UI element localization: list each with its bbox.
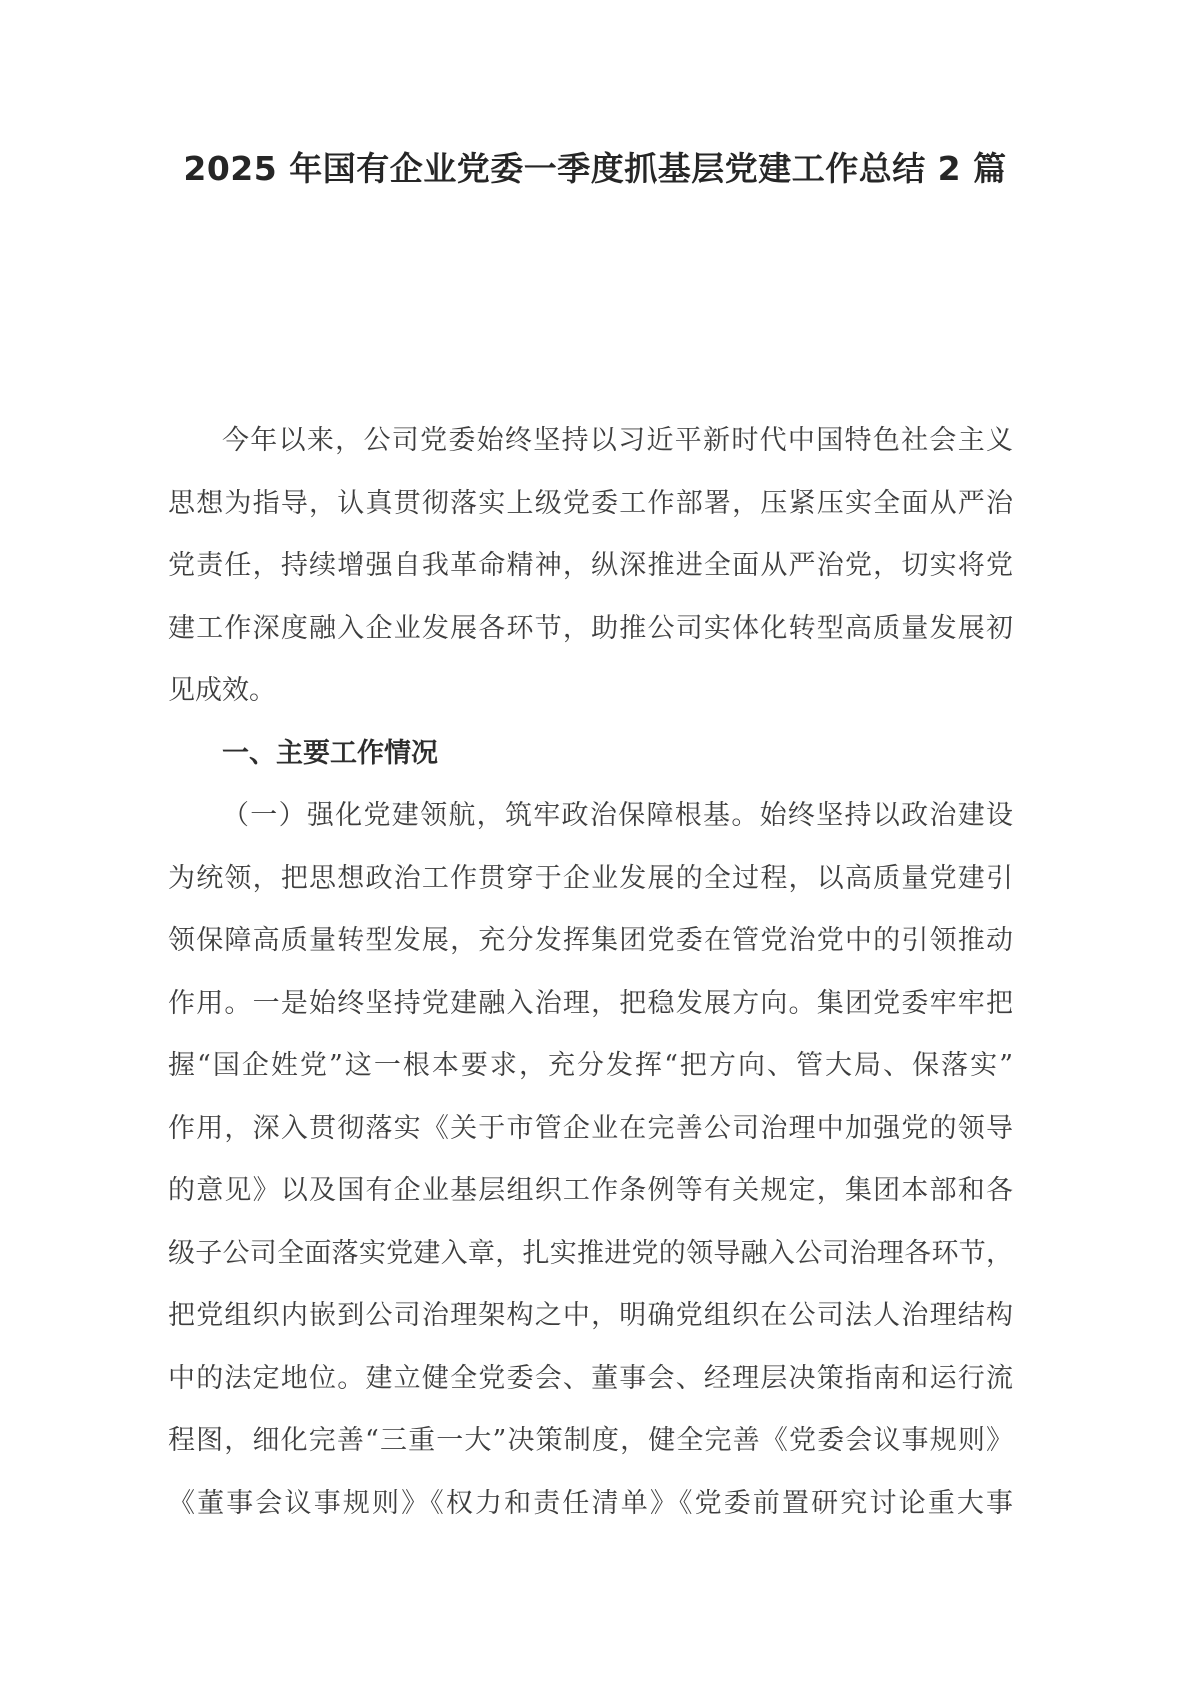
paragraph-line: 握“国企姓党”这一根本要求，充分发挥“把方向、管大局、保落实”: [168, 1035, 1013, 1098]
paragraph-line: 级子公司全面落实党建入章，扎实推进党的领导融入公司治理各环节，: [168, 1223, 1013, 1286]
paragraph-line: 作用。一是始终坚持党建融入治理，把稳发展方向。集团党委牢牢把: [168, 973, 1013, 1036]
document-body: 今年以来，公司党委始终坚持以习近平新时代中国特色社会主义 思想为指导，认真贯彻落…: [168, 410, 1013, 1535]
paragraph-line: 作用，深入贯彻落实《关于市管企业在完善公司治理中加强党的领导: [168, 1098, 1013, 1161]
document-title: 2025 年国有企业党委一季度抓基层党建工作总结 2 篇: [0, 146, 1190, 192]
paragraph-line: 把党组织内嵌到公司治理架构之中，明确党组织在公司法人治理结构: [168, 1285, 1013, 1348]
paragraph-line: 为统领，把思想政治工作贯穿于企业发展的全过程，以高质量党建引: [168, 848, 1013, 911]
paragraph-line: 思想为指导，认真贯彻落实上级党委工作部署，压紧压实全面从严治: [168, 473, 1013, 536]
paragraph-line: 的意见》以及国有企业基层组织工作条例等有关规定，集团本部和各: [168, 1160, 1013, 1223]
paragraph-line: （一）强化党建领航，筑牢政治保障根基。始终坚持以政治建设: [168, 785, 1013, 848]
section-heading: 一、主要工作情况: [168, 723, 1013, 786]
paragraph-line: 党责任，持续增强自我革命精神，纵深推进全面从严治党，切实将党: [168, 535, 1013, 598]
paragraph-line: 见成效。: [168, 660, 1013, 723]
paragraph-line: 中的法定地位。建立健全党委会、董事会、经理层决策指南和运行流: [168, 1348, 1013, 1411]
paragraph-line: 建工作深度融入企业发展各环节，助推公司实体化转型高质量发展初: [168, 598, 1013, 661]
paragraph-line: 程图，细化完善“三重一大”决策制度，健全完善《党委会议事规则》: [168, 1410, 1013, 1473]
paragraph-line: 今年以来，公司党委始终坚持以习近平新时代中国特色社会主义: [168, 410, 1013, 473]
paragraph-line: 领保障高质量转型发展，充分发挥集团党委在管党治党中的引领推动: [168, 910, 1013, 973]
document-page: 2025 年国有企业党委一季度抓基层党建工作总结 2 篇 今年以来，公司党委始终…: [0, 0, 1190, 1683]
paragraph-line: 《董事会议事规则》《权力和责任清单》《党委前置研究讨论重大事: [168, 1473, 1013, 1536]
